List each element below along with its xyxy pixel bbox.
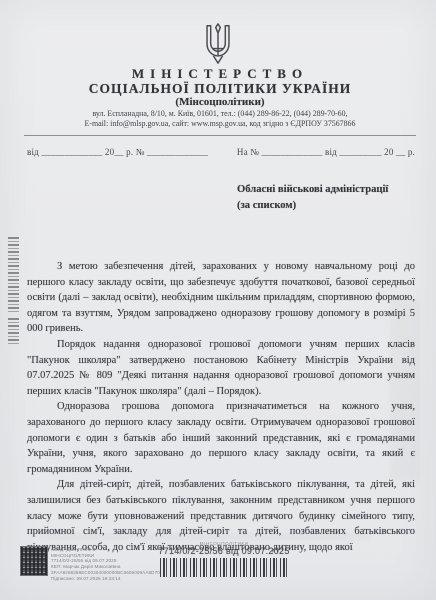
- stamp-line: Підписано: 09.07.2025 18:23:14: [51, 576, 161, 582]
- ministry-name-line1: МІНІСТЕРСТВО: [24, 67, 416, 81]
- letterhead-divider: [24, 135, 416, 136]
- registration-stamp-text: АСУД "ДОК ПРОФ 3" МІНСОЦПОЛІТИКИ 7714/0/…: [51, 547, 161, 581]
- addressee-line1: Обласні військові адміністрації: [237, 182, 388, 198]
- ministry-short-name: (Мінсоцполітики): [24, 96, 416, 109]
- incoming-number-blank: На № _____________ від _________ 20 __ р…: [237, 147, 415, 157]
- vertical-barcode-segment: [8, 318, 19, 346]
- trident-icon: [201, 23, 235, 65]
- outgoing-number-blank: від _____________ 20__ р. № ____________…: [27, 147, 208, 157]
- ministry-contacts: E-mail: info@mlsp.gov.ua, сайт: www.msp.…: [24, 119, 416, 129]
- ministry-name-line2: СОЦІАЛЬНОЇ ПОЛІТИКИ УКРАЇНИ: [24, 81, 416, 96]
- qr-code-icon: [21, 547, 47, 575]
- letter-body: З метою забезпечення дітей, зарахованих …: [27, 259, 415, 555]
- reference-line: від _____________ 20__ р. № ____________…: [27, 147, 415, 157]
- letterhead: МІНІСТЕРСТВО СОЦІАЛЬНОЇ ПОЛІТИКИ УКРАЇНИ…: [24, 67, 416, 129]
- body-paragraph-3: Одноразова грошова допомога призначатиме…: [27, 399, 415, 477]
- scanned-letter-page: МІНІСТЕРСТВО СОЦІАЛЬНОЇ ПОЛІТИКИ УКРАЇНИ…: [0, 0, 436, 600]
- ministry-address: вул. Еспланадна, 8/10, м. Київ, 01601, т…: [24, 109, 416, 119]
- barcode-icon: [160, 558, 288, 577]
- addressee-line2: (за списком): [237, 198, 388, 214]
- addressee-block: Обласні військові адміністрації (за спис…: [237, 182, 388, 214]
- vertical-barcode-segment: [8, 237, 19, 312]
- registration-barcode-block: МІНСОЦПОЛІТИКИ 7714/0/2-25/56 від 09.07.…: [158, 541, 290, 577]
- stamp-line: 3FAA9288358EC00304000000BC0605009AA8D700: [51, 570, 161, 576]
- body-paragraph-1: З метою забезпечення дітей, зарахованих …: [27, 259, 415, 337]
- ukraine-trident-emblem: [0, 23, 436, 65]
- barcode-number: 7714/0/2-25/56 від 09.07.2025: [158, 546, 290, 556]
- body-paragraph-2: Порядок надання одноразової грошової доп…: [27, 337, 415, 399]
